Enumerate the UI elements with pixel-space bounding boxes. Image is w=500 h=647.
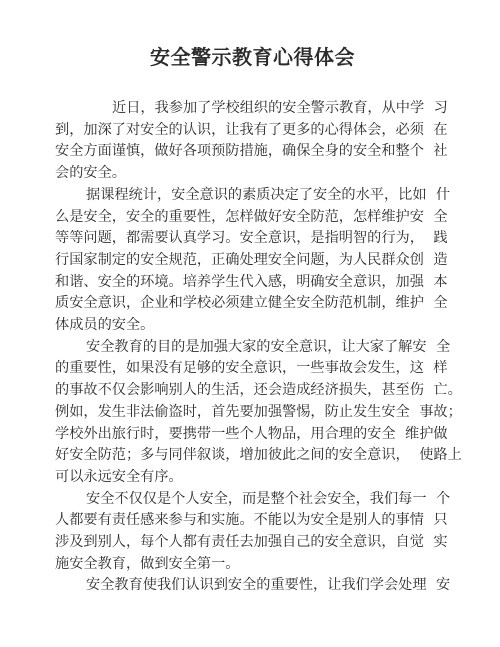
document-page: 安全警示教育心得体会 近日，我参加了学校组织的安全警示教育，从中学 习到，加深了… (0, 0, 500, 647)
text-line: 好安全防范；多与同伴叙谈，增加彼此之间的安全意识， 使路上 (55, 445, 450, 467)
paragraph: 近日，我参加了学校组织的安全警示教育，从中学 习到，加深了对安全的认识，让我有了… (55, 98, 450, 185)
text-line: 行国家制定的安全规范，正确处理安全问题，为人民群众创 造 (55, 250, 450, 272)
text-line: 安全方面谨慎，做好各项预防措施，确保全身的安全和整个 社 (55, 141, 450, 163)
text-line: 人都要有责任感来参与和实施。不能以为安全是别人的事情 只 (55, 510, 450, 532)
paragraph: 安全不仅仅是个人安全，而是整个社会安全，我们每一 个人都要有责任感来参与和实施。… (55, 489, 450, 576)
text-line: 涉及到别人，每个人都有责任去加强自己的安全意识，自觉 实 (55, 532, 450, 554)
text-line: 可以永远安全有序。 (55, 467, 450, 489)
text-line: 学校外出旅行时，要携带一些个人物品，用合理的安全 维护做 (55, 424, 450, 446)
text-line: 安全教育使我们认识到安全的重要性，让我们学会处理 安 (55, 575, 450, 597)
text-line: 么是安全，安全的重要性，怎样做好安全防范，怎样维护安 全 (55, 207, 450, 229)
document-title: 安全警示教育心得体会 (55, 45, 450, 72)
text-line: 例如，发生非法偷盗时，首先要加强警惕，防止发生安全 事故； (55, 402, 450, 424)
text-line: 的重要性，如果没有足够的安全意识，一些事故会发生，这 样 (55, 358, 450, 380)
text-line: 的事故不仅会影响别人的生活，还会造成经济损失，甚至伤 亡。 (55, 380, 450, 402)
text-line: 施安全教育，做到安全第一。 (55, 554, 450, 576)
text-line: 据课程统计，安全意识的素质决定了安全的水平，比如 什 (55, 185, 450, 207)
text-line: 安全教育的目的是加强大家的安全意识，让大家了解安 全 (55, 337, 450, 359)
text-line: 和谐、安全的环境。培养学生代入感，明确安全意识，加强 本 (55, 272, 450, 294)
text-line: 体成员的安全。 (55, 315, 450, 337)
paragraph: 安全教育的目的是加强大家的安全意识，让大家了解安 全的重要性，如果没有足够的安全… (55, 337, 450, 489)
text-line: 质安全意识，企业和学校必须建立健全安全防范机制，维护 全 (55, 293, 450, 315)
text-line: 等等问题，都需要认真学习。安全意识，是指明智的行为， 践 (55, 228, 450, 250)
paragraph: 安全教育使我们认识到安全的重要性，让我们学会处理 安 (55, 575, 450, 597)
document-body: 近日，我参加了学校组织的安全警示教育，从中学 习到，加深了对安全的认识，让我有了… (55, 98, 450, 597)
text-line: 会的安全。 (55, 163, 450, 185)
text-line: 安全不仅仅是个人安全，而是整个社会安全，我们每一 个 (55, 489, 450, 511)
paragraph: 据课程统计，安全意识的素质决定了安全的水平，比如 什么是安全，安全的重要性，怎样… (55, 185, 450, 337)
text-line: 近日，我参加了学校组织的安全警示教育，从中学 习 (55, 98, 450, 120)
text-line: 到，加深了对安全的认识，让我有了更多的心得体会，必须 在 (55, 120, 450, 142)
